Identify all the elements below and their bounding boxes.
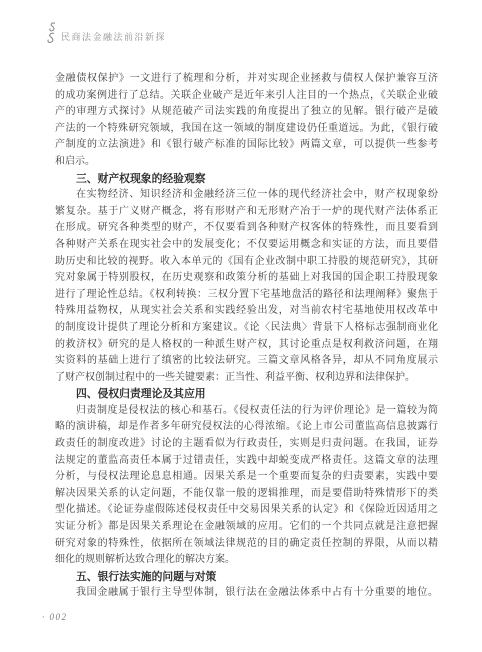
text-line: 政责任的制度改进》讨论的主题看似为行政责任，实则是归责问题。在我国，证券 <box>55 436 438 453</box>
text-line: 的制度设计提供了理论分析和方案建议。《论〈民法典〉背景下人格标志强制商业化 <box>55 320 438 337</box>
text-line: 归责制度是侵权法的核心和基石。《侵权责任法的行为评价理论》是一篇较为简 <box>55 403 438 420</box>
text-line: 繁复杂。基于广义财产概念，将有形财产和无形财产冶于一炉的现代财产法体系正 <box>55 204 438 221</box>
text-line: 分析，与侵权法理论息息相通。因果关系是一个重要而复杂的归责要素，实践中要 <box>55 469 438 486</box>
text-line: 特殊用益物权，从现实社会关系和实践经验出发，对当前农村宅基地使用权改革中 <box>55 303 438 320</box>
section-heading: 五、银行法实施的问题与对策 <box>55 569 438 586</box>
text-line: 实资料的基础上进行了缜密的比较法研究。三篇文章风格各异，却从不同角度展示 <box>55 353 438 370</box>
text-line: 进行了理论性总结。《权利转换：三权分置下宅基地盘活的路径和法理阐释》聚焦于 <box>55 287 438 304</box>
text-line: 产的审理方式探讨》从规范破产司法实践的角度提出了独立的见解。银行破产是破 <box>55 104 438 121</box>
section-heading: 四、侵权归责理论及其应用 <box>55 386 438 403</box>
text-line: 法规定的董监高责任本属于过错责任，实践中却蜕变成严格责任。这篇文章的法理 <box>55 453 438 470</box>
text-line: 产法的一个特殊研究领域，我国在这一领域的制度建设仍任重道远。为此，《银行破 <box>55 121 438 138</box>
text-line: 助历史和比较的视野。收入本单元的《国有企业改制中职工持股的规范研究》，其研 <box>55 254 438 271</box>
text-line: 我国金融属于银行主导型体制，银行法在金融法体系中占有十分重要的地位。 <box>55 585 438 602</box>
text-line: 的救济权》研究的是人格权的一种派生财产权，其讨论重点是权利救济问题，在翔 <box>55 337 438 354</box>
text-line: 的成功案例进行了总结。关联企业破产是近年来引人注目的一个热点，《关联企业破 <box>55 88 438 105</box>
ornament-icon <box>45 21 58 45</box>
text-line: 和启示。 <box>55 154 438 171</box>
text-line: 略的演讲稿，却是作者多年研究侵权法的心得浓缩。《论上市公司董监高信息披露行 <box>55 419 438 436</box>
book-title: 民商法金融法前沿新探 <box>61 30 166 45</box>
text-line: 了财产权创制过程中的一些关键要素：正当性、利益平衡、权利边界和法律保护。 <box>55 370 438 387</box>
text-line: 细化的规则解析达致合理化的解决方案。 <box>55 552 438 569</box>
text-line: 各种财产关系在现实社会中的发展变化；不仅要运用概念和实证的方法，而且要借 <box>55 237 438 254</box>
text-line: 在形成。研究各种类型的财产，不仅要看到各种财产权客体的特殊性，而且要看到 <box>55 220 438 237</box>
text-line: 实证分析》都是因果关系理论在金融领域的应用。它们的一个共同点就是注意把握 <box>55 519 438 536</box>
text-line: 产制度的立法演进》和《银行破产标准的国际比较》两篇文章，可以提供一些参考 <box>55 137 438 154</box>
text-line: 在实物经济、知识经济和金融经济三位一体的现代经济社会中，财产权现象纷 <box>55 187 438 204</box>
page-body: 金融债权保护》一文进行了梳理和分析，并对实现企业拯救与债权人保护兼容互济 的成功… <box>55 71 438 602</box>
text-line: 究对象属于特别股权，在历史观察和政策分析的基础上对我国的国企职工持股现象 <box>55 270 438 287</box>
section-heading: 三、财产权现象的经验观察 <box>55 171 438 188</box>
text-line: 型化描述。《论证券虚假陈述侵权责任中交易因果关系的认定》和《保险近因适用之 <box>55 502 438 519</box>
book-page: 民商法金融法前沿新探 金融债权保护》一文进行了梳理和分析，并对实现企业拯救与债权… <box>0 0 482 652</box>
text-line: 解决因果关系的认定问题，不能仅靠一般的逻辑推理，而是要借助特殊情形下的类 <box>55 486 438 503</box>
page-number: · 002 <box>42 612 68 622</box>
running-header: 民商法金融法前沿新探 <box>45 21 166 45</box>
text-line: 研究对象的特殊性，依据所在领域法律规范的目的确定责任控制的界限，从而以精 <box>55 536 438 553</box>
text-line: 金融债权保护》一文进行了梳理和分析，并对实现企业拯救与债权人保护兼容互济 <box>55 71 438 88</box>
